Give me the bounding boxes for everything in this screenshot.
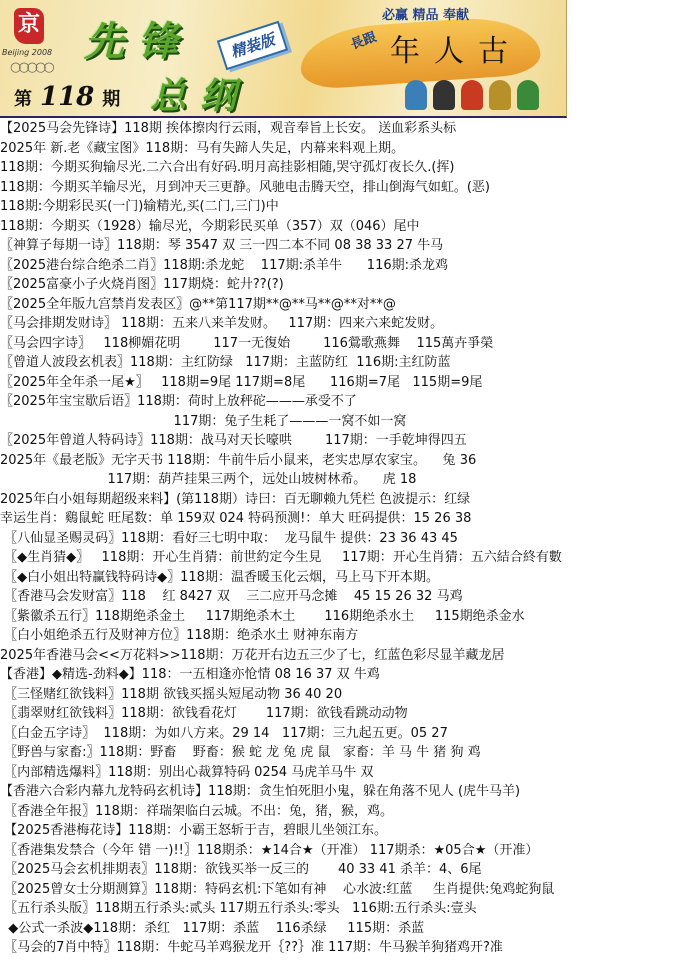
text-line: 〖2025富豪小子火烧肖图〗117期烧：蛇廾??(?) [0,275,688,295]
header-banner: 京 Beijing 2008 ○○○○○ 先锋 总纲 第118期 精装版 年人古… [0,0,567,118]
mascot-icon [405,80,427,110]
text-line: 〖2025全年版九宫禁肖发表区〗@**第117期**@**马**@**对**@ [0,295,688,315]
text-line: 〖内部精选爆料〗118期：别出心裁算特码 0254 马虎羊马牛 双 [0,763,688,783]
text-line: 〖2025年全年杀一尾★〗 118期=9尾 117期=8尾 116期=7尾 11… [0,373,688,393]
text-line: 2025年《最老版》无字天书 118期：牛前牛后小鼠来，老实忠厚农家宝。 兔 3… [0,451,688,471]
text-line: 〖白小姐绝杀五行及财神方位〗118期：绝杀水土 财神东南方 [0,626,688,646]
text-line: 〖八仙显圣赐灵码〗118期：看好三七明中取： 龙马鼠牛 提供：23 36 43 … [0,529,688,549]
issue-suffix: 期 [102,89,120,110]
text-line: 〖紫徽杀五行〗118期绝杀金土 117期绝杀木土 116期绝杀水土 115期绝杀… [0,607,688,627]
text-line: 118期:今期彩民买(一门)输精光,买(二门,三门)中 [0,197,688,217]
text-line: 〖曾道人波段玄机表〗118期：主红防绿 117期：主蓝防红 116期:主红防蓝 [0,353,688,373]
text-line: 【2025香港梅花诗】118期：小霸王怒斩于吉，碧眼儿坐领江东。 [0,821,688,841]
text-line: 2025年香港马会<<万花料>>118期：万花开右边五三少了七，红蓝色彩尽显羊藏… [0,646,688,666]
text-line: 〖神算子每期一诗〗118期：琴 3547 双 三一四二本不同 08 38 33 … [0,236,688,256]
text-line: 118期：今期买（1928）输尽光，今期彩民买单（357）双（046）尾中 [0,217,688,237]
text-line: 〖2025曾女士分期测算〗118期：特码玄机:下笔如有神 心水波:红蓝 生肖提供… [0,880,688,900]
text-line: 〖野兽与家畜:〗118期：野畜 野畜：猴 蛇 龙 兔 虎 鼠 家畜：羊 马 牛 … [0,743,688,763]
olympic-emblem-icon: 京 [14,8,44,44]
text-line: 〖翡翠财红欲钱料〗118期：欲钱看花灯 117期：欲钱看跳动动物 [0,704,688,724]
text-line: 〖2025港台综合绝杀二肖〗118期:杀龙蛇 117期:杀羊牛 116期:杀龙鸡 [0,256,688,276]
text-line: 〖马会四字诗〗 118柳媚花明 117一无復始 116鶯歌燕舞 115萬卉爭榮 [0,334,688,354]
mascot-icon [461,80,483,110]
text-line: 〖五行杀头版〗118期五行杀头:贰头 117期五行杀头:零头 116期:五行杀头… [0,899,688,919]
text-line: 118期：今期买羊输尽光，月到冲天三更静。风驰电击腾天空，排山倒海气如虹。(恶) [0,178,688,198]
text-line: 〖白金五字诗〗 118期：为如八方来。29 14 117期：三九起五更。05 2… [0,724,688,744]
issue-prefix: 第 [14,89,32,110]
edition-badge: 精装版 [217,21,288,71]
ribbon-text: 年人古 [390,26,522,70]
mascot-icon [517,80,539,110]
issue-number: 118 [40,82,94,112]
text-line: 幸运生肖：鷄鼠蛇 旺尾数：单 159双 024 特码预测!：单大 旺码提供：15… [0,509,688,529]
text-line: 〖◆生肖猜◆〗 118期：开心生肖猜：前世約定今生見 117期：开心生肖猜：五六… [0,548,688,568]
text-line: 【2025马会先锋诗】118期 挨体擦肉行云雨，观音奉旨上长安。 送血彩系头标 [0,119,688,139]
text-line: 2025年 新.老《藏宝图》118期：马有失蹄人失足，内幕来料观上期。 [0,139,688,159]
banner-title-top: 先锋 [84,10,192,67]
text-line: 118期：今期买狗输尽光.二六合出有好码.明月高挂影相随,哭守孤灯夜长久.(挥) [0,158,688,178]
issue-label: 第118期 [14,82,120,112]
text-line: 〖香港全年报〗118期：祥瑞架临白云城。不出：兔，猪，猴，鸡。 [0,802,688,822]
text-line: 〖2025年曾道人特码诗〗118期：战马对天长嚎哄 117期：一手乾坤得四五 [0,431,688,451]
text-line: 〖香港集发禁合（今年 错 一)!!〗118期杀：★14合★（开准） 117期杀：… [0,841,688,861]
mascots-group [405,80,539,110]
text-line: 117期：兔子生耗了———一窝不如一窝 [0,412,688,432]
text-line: 【香港】◆精选-劲料◆】118：一五相逢亦怆情 08 16 37 双 牛鸡 [0,665,688,685]
text-line: 〖三怪赌红欲钱料〗118期 欲钱买摇头短尾动物 36 40 20 [0,685,688,705]
text-line: 〖香港马会发财富〗118 红 8427 双 三二应开马念摊 45 15 26 3… [0,587,688,607]
text-line: 〖2025马会玄机排期表〗118期：欲钱买举一反三的 40 33 41 杀羊：4… [0,860,688,880]
text-line: 〖马会排期发财诗〗 118期：五来八来羊发财。 117期：四来六来蛇发财。 [0,314,688,334]
olympic-rings-icon: ○○○○○ [10,60,52,75]
text-line: 〖◆白小姐出特赢钱特码诗◆〗118期：温香暖玉化云烟，马上马下开本期。 [0,568,688,588]
content-lines: 【2025马会先锋诗】118期 挨体擦肉行云雨，观音奉旨上长安。 送血彩系头标2… [0,119,688,958]
tagline-top: 必赢 精品 奉献 [382,4,469,23]
text-line: 2025年白小姐每期超级来料】(第118期）诗曰：百无聊赖九凭栏 色波提示：红绿 [0,490,688,510]
text-line: 【香港六合彩内幕九龙特码玄机诗】118期：贪生怕死胆小鬼，躲在角落不见人 (虎牛… [0,782,688,802]
logo-caption: Beijing 2008 [2,48,52,57]
mascot-icon [489,80,511,110]
text-line: 117期：葫芦挂果三两个，远处山坡树林希。 虎 18 [0,470,688,490]
text-line: ◆公式一杀波◆118期：杀红 117期：杀蓝 116杀绿 115期：杀蓝 [0,919,688,939]
text-line: 〖马会的7肖中特〗118期：牛蛇马羊鸡猴龙开｛??｝准 117期：牛马猴羊狗猪鸡… [0,938,688,958]
banner-title-bottom: 总纲 [150,68,250,118]
mascot-icon [433,80,455,110]
text-line: 〖2025年宝宝歇后语〗118期：荷时上放秤砣———承受不了 [0,392,688,412]
